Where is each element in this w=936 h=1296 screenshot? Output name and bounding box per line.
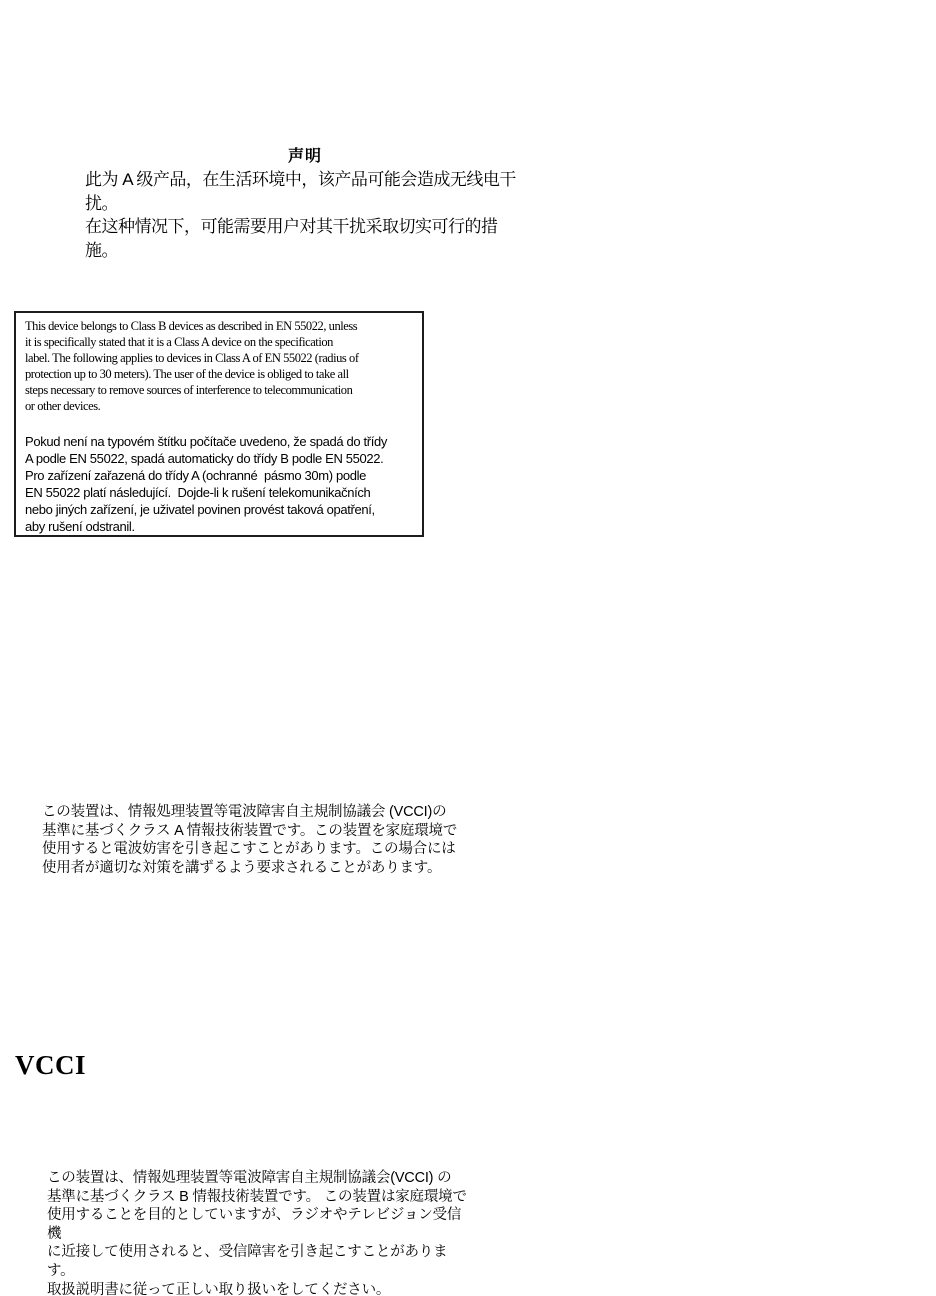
en55022-czech-paragraph: Pokud není na typovém štítku počítače uv… — [25, 433, 414, 535]
vcci-class-a-japanese-statement: この装置は、情報処理装置等電波障害自主規制協議会 (VCCI)の 基準に基づくク… — [42, 803, 462, 877]
en55022-english-paragraph: This device belongs to Class B devices a… — [25, 318, 414, 414]
en55022-notice-box: This device belongs to Class B devices a… — [14, 311, 424, 537]
chinese-statement-body: 此为 A 级产品，在生活环境中，该产品可能会造成无线电干扰。 在这种情况下，可能… — [85, 168, 525, 262]
chinese-statement-heading: 声明 — [85, 146, 525, 168]
document-page: 声明 此为 A 级产品，在生活环境中，该产品可能会造成无线电干扰。 在这种情况下… — [0, 0, 936, 1296]
vcci-class-b-japanese-statement: この装置は、情報処理装置等電波障害自主規制協議会(VCCI) の 基準に基づくク… — [47, 1169, 467, 1296]
vcci-section-heading: VCCI — [15, 1049, 86, 1081]
chinese-class-a-statement: 声明 此为 A 级产品，在生活环境中，该产品可能会造成无线电干扰。 在这种情况下… — [85, 146, 525, 262]
